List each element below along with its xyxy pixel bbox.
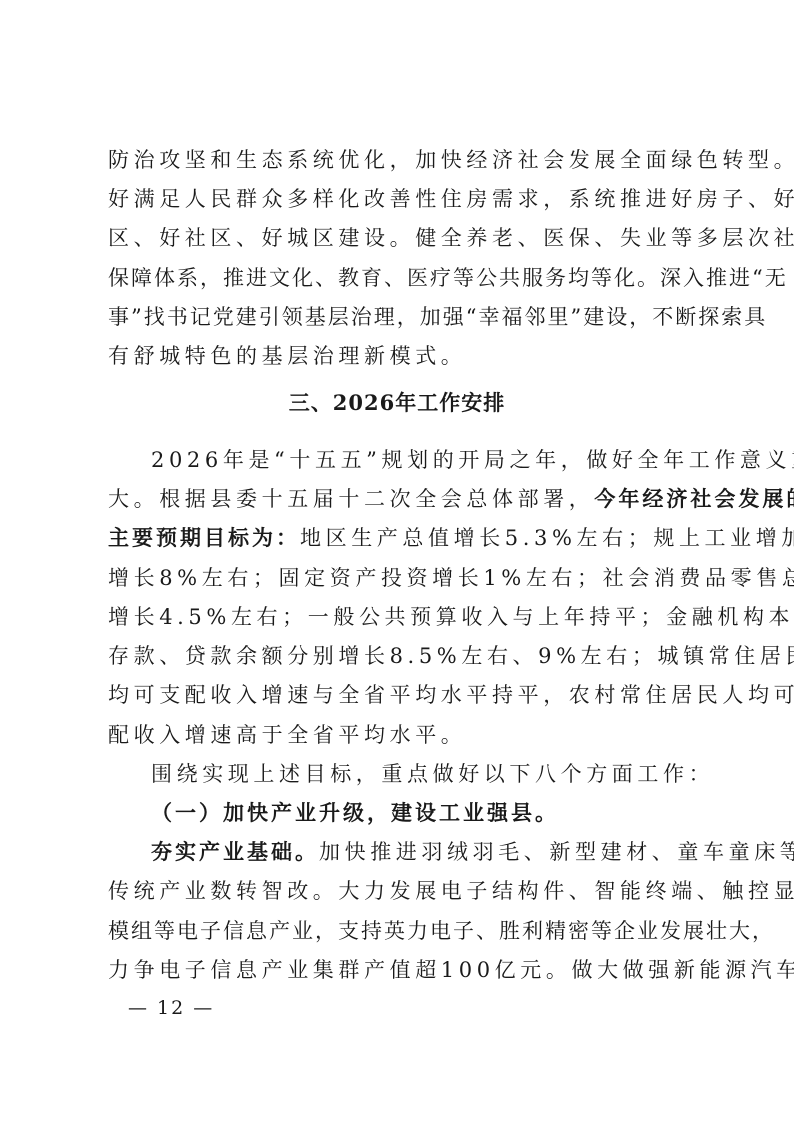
text-normal: 大。根据县委十五届十二次全会总体部署， <box>108 487 594 511</box>
text-line: 存款、贷款余额分别增长8.5%左右、9%左右；城镇常住居民人 <box>108 641 694 671</box>
text-line: 主要预期目标为：地区生产总值增长5.3%左右；规上工业增加值 <box>108 523 694 553</box>
text-line: 区、好社区、好城区建设。健全养老、医保、失业等多层次社会 <box>108 223 694 253</box>
text-line: 配收入增速高于全省平均水平。 <box>108 720 694 750</box>
text-line: 夯实产业基础。加快推进羽绒羽毛、新型建材、童车童床等 <box>108 837 694 867</box>
text-normal: 地区生产总值增长5.3%左右；规上工业增加值 <box>300 526 794 550</box>
text-bold: 主要预期目标为： <box>108 526 300 550</box>
text-line: 事”找书记党建引领基层治理，加强“幸福邻里”建设，不断探索具 <box>108 302 694 332</box>
text-line: 增长4.5%左右；一般公共预算收入与上年持平；金融机构本外币 <box>108 602 694 632</box>
text-line: 防治攻坚和生态系统优化，加快经济社会发展全面绿色转型。更 <box>108 145 694 175</box>
text-line: 均可支配收入增速与全省平均水平持平，农村常住居民人均可支 <box>108 680 694 710</box>
text-normal: 加快推进羽绒羽毛、新型建材、童车童床等 <box>319 840 794 864</box>
text-line: 增长8%左右；固定资产投资增长1%左右；社会消费品零售总额 <box>108 563 694 593</box>
text-bold: 今年经济社会发展的 <box>594 487 794 511</box>
text-line: 好满足人民群众多样化改善性住房需求，系统推进好房子、好小 <box>108 184 694 214</box>
text-line: 力争电子信息产业集群产值超100亿元。做大做强新能源汽车零 <box>108 955 694 985</box>
section-heading: 三、2026年工作安排 <box>0 388 794 418</box>
text-line: 保障体系，推进文化、教育、医疗等公共服务均等化。深入推进“无 <box>108 263 694 293</box>
subsection-title: （一）加快产业升级，建设工业强县。 <box>108 798 694 828</box>
text-line: 围绕实现上述目标，重点做好以下八个方面工作： <box>108 759 694 789</box>
document-page: 防治攻坚和生态系统优化，加快经济社会发展全面绿色转型。更 好满足人民群众多样化改… <box>0 0 794 1122</box>
page-number: — 12 — <box>128 995 214 1021</box>
text-line: 2026年是“十五五”规划的开局之年，做好全年工作意义重 <box>108 445 694 475</box>
text-line: 有舒城特色的基层治理新模式。 <box>108 341 694 371</box>
text-line: 模组等电子信息产业，支持英力电子、胜利精密等企业发展壮大， <box>108 916 694 946</box>
text-line: 传统产业数转智改。大力发展电子结构件、智能终端、触控显示 <box>108 876 694 906</box>
text-line: 大。根据县委十五届十二次全会总体部署，今年经济社会发展的 <box>108 484 694 514</box>
text-bold: 夯实产业基础。 <box>151 840 319 864</box>
